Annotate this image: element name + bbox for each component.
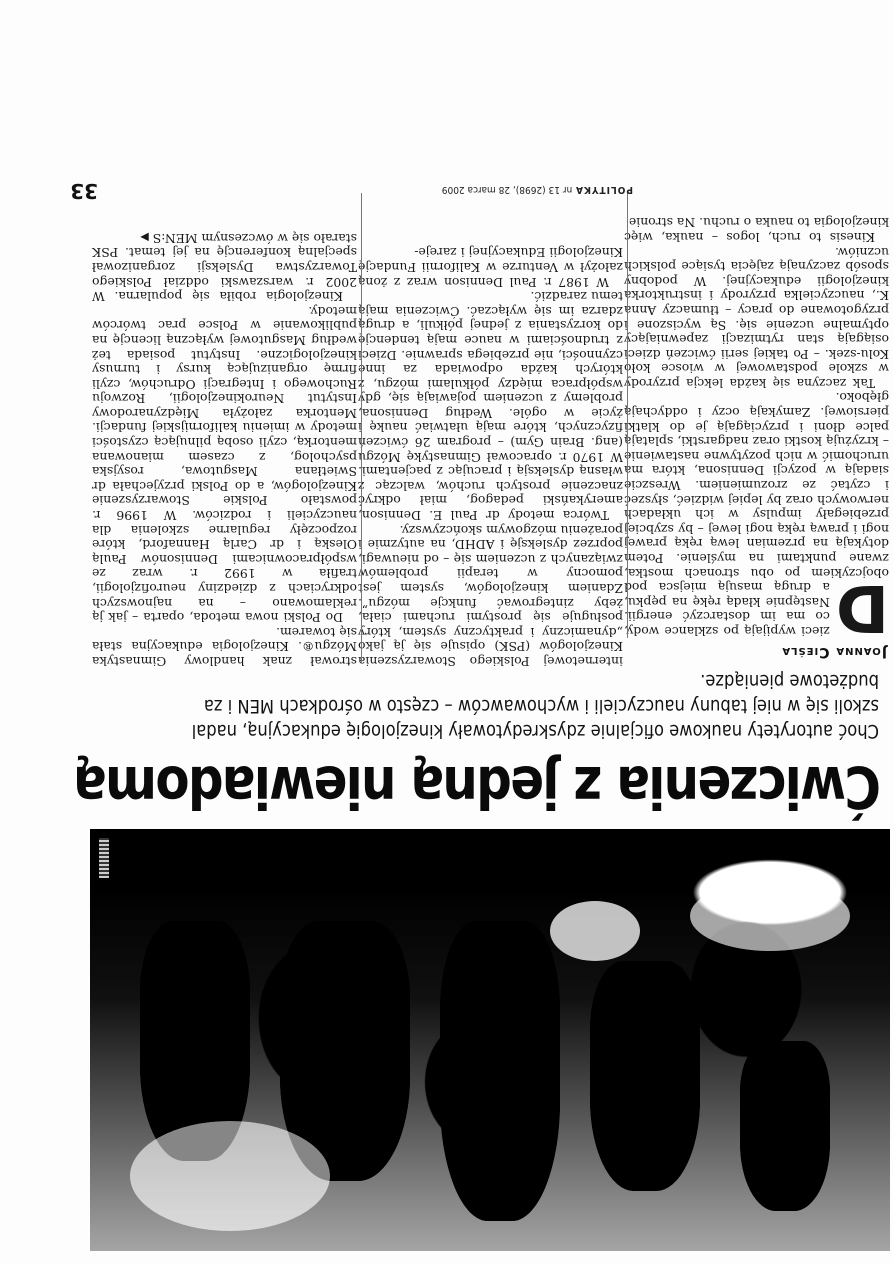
- author-byline: Joanna Cieśla: [781, 644, 887, 660]
- photo-highlight: [130, 1121, 330, 1231]
- column-divider: [627, 193, 628, 638]
- continue-arrow-icon: ▶: [140, 231, 148, 244]
- article-subtitle: Choć autorytety naukowe oficjalnie zdysk…: [165, 668, 879, 743]
- issue-info: nr 13 (2698), 28 marca 2009: [442, 184, 572, 195]
- article-photo: [90, 829, 890, 1251]
- photo-highlight: [550, 901, 640, 961]
- article-title: Ćwiczenia z jedną niewiadomą: [202, 758, 881, 816]
- paragraph-text: Kinezjologia robiła się popularna. W 200…: [92, 231, 357, 304]
- photo-figure: [440, 921, 560, 1221]
- page-number: 33: [70, 179, 98, 203]
- paragraph: Kinezjologia robiła się popularna. W 200…: [92, 229, 357, 303]
- article-column-2: internetowej Polskiego Stowarzyszenia Ki…: [358, 245, 623, 668]
- article-column-3: strował znak handlowy Gimnastyka Mózgu®.…: [92, 229, 357, 668]
- paragraph: strował znak handlowy Gimnastyka Mózgu®.…: [92, 624, 357, 668]
- paragraph: W 1987 r. Paul Dennison wraz z żoną zało…: [358, 245, 623, 289]
- article-column-1: Dzieci wypijają po szklance wody, co ma …: [624, 215, 889, 638]
- paragraph: Twórca metody dr Paul E. Dennison, amery…: [358, 289, 623, 523]
- publication-name: POLITYKA: [575, 184, 633, 195]
- paragraph: Tak zaczyna się każda lekcja przyrody w …: [624, 244, 889, 390]
- page-footer: POLITYKA nr 13 (2698), 28 marca 2009: [442, 184, 633, 195]
- paragraph: Do Polski nowa metoda, oparta – jak ją r…: [92, 303, 357, 624]
- drop-cap: D: [836, 580, 889, 634]
- photo-figure: [590, 961, 700, 1191]
- photo-credit: [99, 838, 109, 878]
- paragraph: internetowej Polskiego Stowarzyszenia Ki…: [358, 522, 623, 668]
- photo-highlight: [690, 881, 850, 951]
- paragraph: Kinesis to ruch, logos – nauka, więc kin…: [624, 215, 889, 244]
- column-divider: [361, 193, 362, 663]
- magazine-page: Ćwiczenia z jedną niewiadomą Choć autory…: [0, 0, 893, 1263]
- paragraph: Dzieci wypijają po szklance wody, co ma …: [624, 390, 889, 638]
- photo-figure: [740, 1041, 830, 1211]
